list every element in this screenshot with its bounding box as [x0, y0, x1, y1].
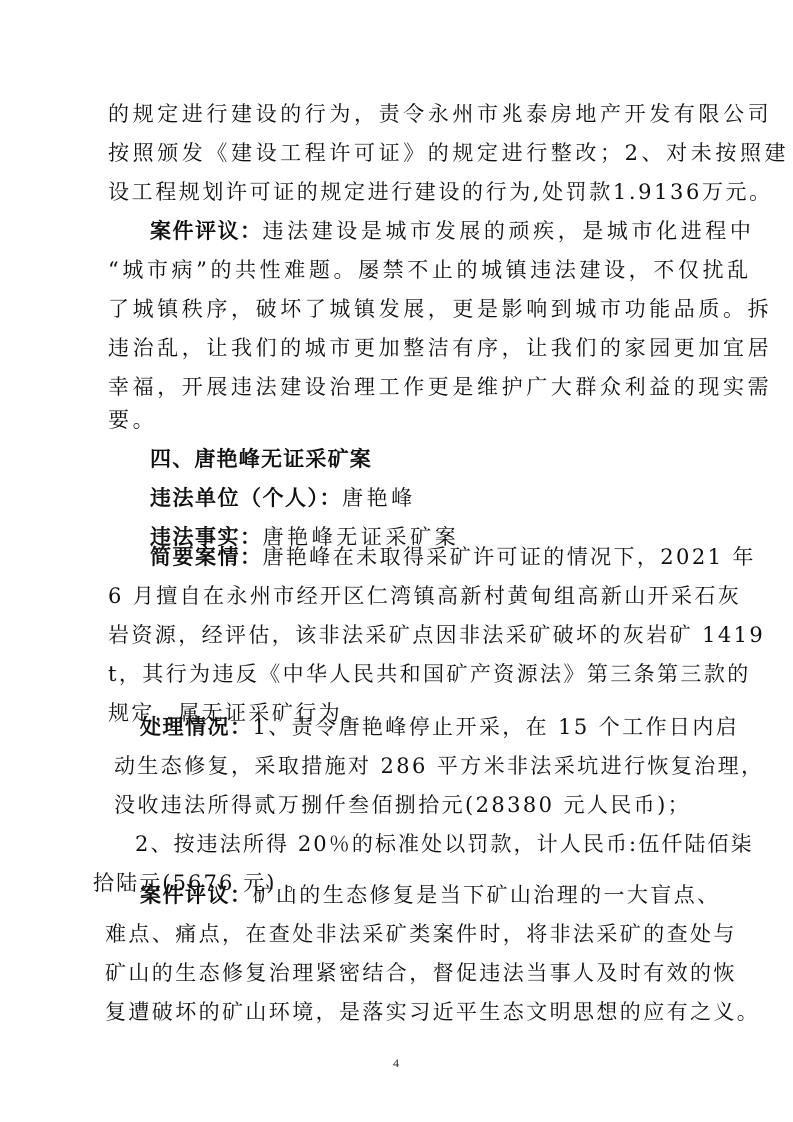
handling-text: 1、责令唐艳峰停止开采，在 15 个工作日内启: [253, 715, 740, 739]
body-line: 违治乱，让我们的城市更加整洁有序，让我们的家园更加宜居: [108, 333, 772, 363]
case3-review-first-line: 案件评议：违法建设是城市发展的顽疾，是城市化进程中: [150, 216, 755, 246]
body-line: 没收违法所得贰万捌仟叁佰捌拾元(28380 元人民币)；: [114, 790, 691, 820]
body-line: 要。: [108, 405, 157, 435]
case-summary-first-line: 简要案情：唐艳峰在未取得采矿许可证的情况下，2021 年: [150, 542, 756, 572]
case3-review-text: 违法建设是城市发展的顽疾，是城市化进程中: [263, 219, 755, 243]
body-line: 复遭破坏的矿山环境，是落实习近平生态文明思想的应有之义。: [105, 997, 760, 1027]
case-summary-label: 简要案情：: [150, 545, 263, 569]
handling-first-line: 处理情况：1、责令唐艳峰停止开采，在 15 个工作日内启: [140, 712, 739, 742]
handling-label: 处理情况：: [140, 715, 253, 739]
body-line: 矿山的生态修复治理紧密结合，督促违法当事人及时有效的恢: [105, 958, 737, 988]
body-line: 幸福，开展违法建设治理工作更是维护广大群众利益的现实需: [108, 372, 772, 402]
case3-review-label: 案件评议：: [150, 219, 263, 243]
violator-unit-label: 违法单位（个人）：: [150, 486, 342, 510]
body-line: 岩资源，经评估，该非法采矿点因非法采矿破坏的灰岩矿 1419: [108, 620, 765, 650]
case-summary-text: 唐艳峰在未取得采矿许可证的情况下，2021 年: [263, 545, 756, 569]
body-line: “城市病”的共性难题。屡禁不止的城镇违法建设，不仅扰乱: [108, 255, 752, 285]
body-line: 动生态修复，采取措施对 286 平方米非法采坑进行恢复治理，: [114, 751, 764, 781]
section-heading: 四、唐艳峰无证采矿案: [150, 444, 372, 474]
case4-review-first-line: 案件评议：矿山的生态修复是当下矿山治理的一大盲点、: [140, 880, 721, 910]
body-line: 2、按违法所得 20％的标准处以罚款，计人民币:伍仟陆佰柒: [135, 829, 754, 859]
body-line: 了城镇秩序，破坏了城镇发展，更是影响到城市功能品质。拆: [108, 294, 772, 324]
violator-unit: 违法单位（个人）：唐艳峰: [150, 483, 416, 513]
case4-review-label: 案件评议：: [140, 883, 253, 907]
violator-unit-value: 唐艳峰: [342, 486, 416, 510]
page-number: 4: [393, 1056, 399, 1071]
body-line: 的规定进行建设的行为，责令永州市兆泰房地产开发有限公司: [108, 99, 772, 129]
body-line: 难点、痛点，在查处非法采矿类案件时，将非法采矿的查处与: [105, 919, 737, 949]
case4-review-text: 矿山的生态修复是当下矿山治理的一大盲点、: [253, 883, 721, 907]
body-line: 设工程规划许可证的规定进行建设的行为,处罚款1.9136万元。: [108, 177, 773, 207]
body-line: 6 月擅自在永州市经开区仁湾镇高新村黄甸组高新山开采石灰: [108, 581, 741, 611]
body-line: 按照颁发《建设工程许可证》的规定进行整改；2、对未按照建: [108, 138, 789, 168]
body-line: t，其行为违反《中华人民共和国矿产资源法》第三条第三款的: [108, 659, 751, 689]
